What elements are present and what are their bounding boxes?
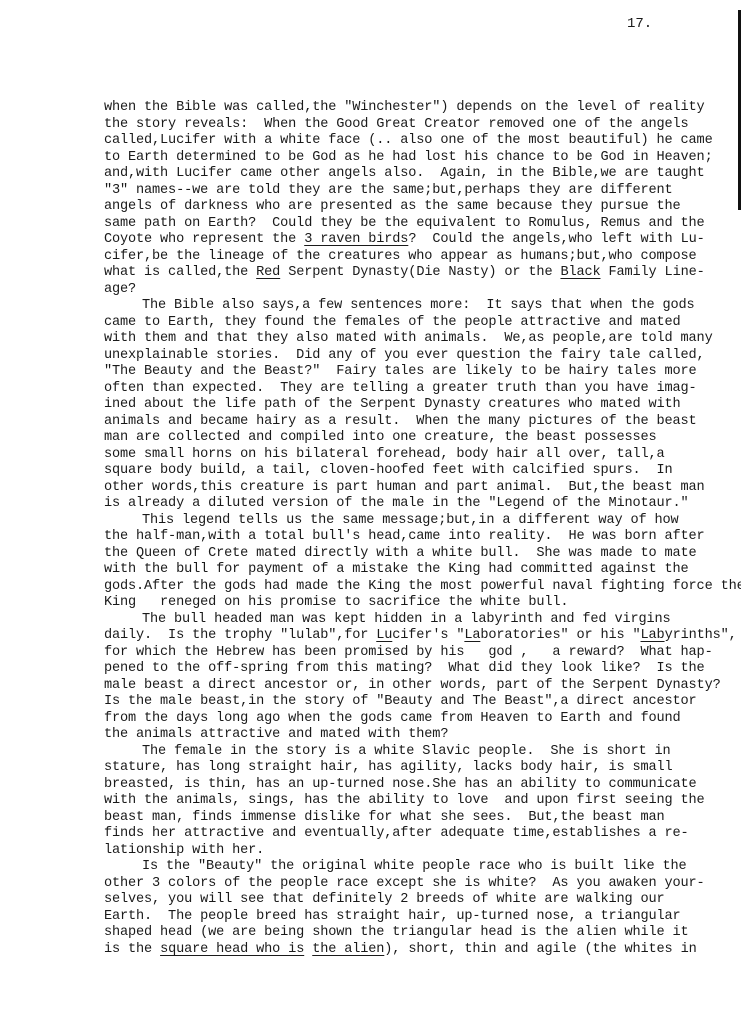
text-line: "3" names--we are told they are the same…: [104, 183, 704, 200]
text-line: breasted, is thin, has an up-turned nose…: [104, 777, 704, 794]
text-line: with them and that they also mated with …: [104, 331, 704, 348]
text-line: the story reveals: When the Good Great C…: [104, 117, 704, 134]
text-line: the animals attractive and mated with th…: [104, 727, 704, 744]
page-number: 17.: [627, 16, 652, 32]
text-line: other words,this creature is part human …: [104, 480, 704, 497]
text-line: Is the male beast,in the story of "Beaut…: [104, 694, 704, 711]
text-line: called,Lucifer with a white face (.. als…: [104, 133, 704, 150]
text-line: what is called,the Red Serpent Dynasty(D…: [104, 265, 704, 282]
text-line: with the animals, sings, has the ability…: [104, 793, 704, 810]
text-line: cifer,be the lineage of the creatures wh…: [104, 249, 704, 266]
text-line: animals and became hairy as a result. Wh…: [104, 414, 704, 431]
text-line: the Queen of Crete mated directly with a…: [104, 546, 704, 563]
text-line: King reneged on his promise to sacrifice…: [104, 595, 704, 612]
text-line: square body build, a tail, cloven-hoofed…: [104, 463, 704, 480]
text-line: The Bible also says,a few sentences more…: [104, 298, 704, 315]
text-line: age?: [104, 282, 704, 299]
text-line: Is the "Beauty" the original white peopl…: [104, 859, 704, 876]
text-line: same path on Earth? Could they be the eq…: [104, 216, 704, 233]
text-line: ined about the life path of the Serpent …: [104, 397, 704, 414]
text-line: Earth. The people breed has straight hai…: [104, 909, 704, 926]
text-line: came to Earth, they found the females of…: [104, 315, 704, 332]
text-line: gods.After the gods had made the King th…: [104, 579, 704, 596]
text-line: man are collected and compiled into one …: [104, 430, 704, 447]
text-line: some small horns on his bilateral forehe…: [104, 447, 704, 464]
text-line: male beast a direct ancestor or, in othe…: [104, 678, 704, 695]
text-line: beast man, finds immense dislike for wha…: [104, 810, 704, 827]
text-line: unexplainable stories. Did any of you ev…: [104, 348, 704, 365]
text-line: The bull headed man was kept hidden in a…: [104, 612, 704, 629]
text-line: often than expected. They are telling a …: [104, 381, 704, 398]
document-body: when the Bible was called,the "Wincheste…: [104, 100, 704, 958]
text-line: finds her attractive and eventually,afte…: [104, 826, 704, 843]
text-line: pened to the off-spring from this mating…: [104, 661, 704, 678]
text-line: Coyote who represent the 3 raven birds? …: [104, 232, 704, 249]
text-line: other 3 colors of the people race except…: [104, 876, 704, 893]
text-line: from the days long ago when the gods cam…: [104, 711, 704, 728]
text-line: shaped head (we are being shown the tria…: [104, 925, 704, 942]
text-line: and,with Lucifer came other angels also.…: [104, 166, 704, 183]
text-line: with the bull for payment of a mistake t…: [104, 562, 704, 579]
text-line: is already a diluted version of the male…: [104, 496, 704, 513]
text-line: lationship with her.: [104, 843, 704, 860]
text-line: "The Beauty and the Beast?" Fairy tales …: [104, 364, 704, 381]
text-line: daily. Is the trophy "lulab",for Lucifer…: [104, 628, 704, 645]
text-line: when the Bible was called,the "Wincheste…: [104, 100, 704, 117]
text-line: This legend tells us the same message;bu…: [104, 513, 704, 530]
text-line: is the square head who is the alien), sh…: [104, 942, 704, 959]
text-line: the half-man,with a total bull's head,ca…: [104, 529, 704, 546]
text-line: The female in the story is a white Slavi…: [104, 744, 704, 761]
text-line: angels of darkness who are presented as …: [104, 199, 704, 216]
text-line: to Earth determined to be God as he had …: [104, 150, 704, 167]
text-line: selves, you will see that definitely 2 b…: [104, 892, 704, 909]
text-line: for which the Hebrew has been promised b…: [104, 645, 704, 662]
text-line: stature, has long straight hair, has agi…: [104, 760, 704, 777]
